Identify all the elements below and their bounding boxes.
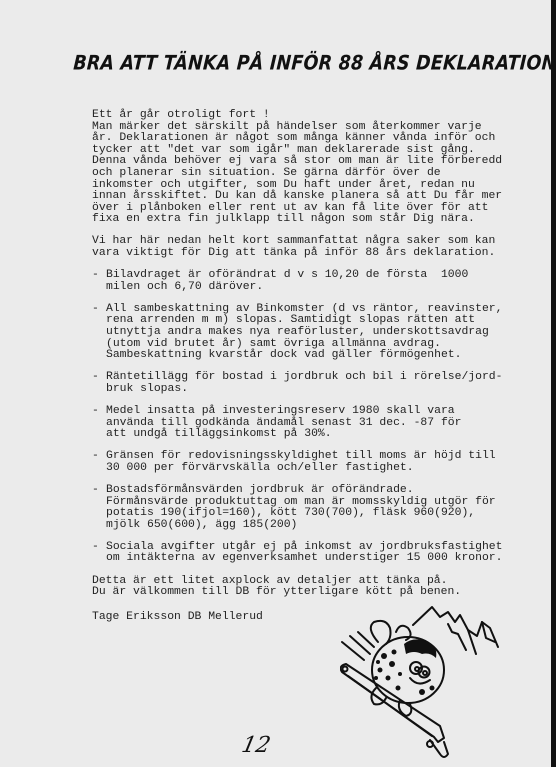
- list-item-text: Medel insatta på investeringsreserv 1980…: [106, 406, 461, 441]
- list-item: -Räntetillägg för bostad i jordbruk och …: [92, 372, 522, 395]
- summary-paragraph: Vi har här nedan helt kort sammanfattat …: [92, 236, 522, 259]
- list-item: -All sambeskattning av Binkomster (d vs …: [92, 304, 522, 362]
- text-line: innan årsskiftet. Du kan då kanske plane…: [92, 191, 522, 203]
- page-number: 12: [239, 733, 272, 758]
- signature: Tage Eriksson DB Mellerud: [92, 611, 263, 623]
- bullet-dash: -: [92, 270, 106, 293]
- bullet-dash: -: [92, 485, 106, 531]
- bullet-dash: -: [92, 304, 106, 362]
- intro-paragraph: Ett år går otroligt fort !Man märker det…: [92, 110, 522, 226]
- document-body: Ett år går otroligt fort !Man märker det…: [92, 110, 522, 599]
- text-line: vara viktigt för Dig att tänka på inför …: [92, 248, 522, 260]
- bullet-list: -Bilavdraget är oförändrat d v s 10,20 d…: [92, 270, 522, 575]
- list-item-text: Bostadsförmånsvärden jordbruk är oföränd…: [106, 485, 496, 531]
- text-line: fixa en extra fin julklapp till någon so…: [92, 214, 522, 226]
- list-item: -Medel insatta på investeringsreserv 198…: [92, 406, 522, 441]
- text-line: och planerar sin situation. Se gärna där…: [92, 168, 522, 180]
- text-line: Ett år går otroligt fort !: [92, 110, 522, 122]
- bullet-dash: -: [92, 451, 106, 474]
- list-item: -Gränsen för redovisningsskyldighet till…: [92, 451, 522, 474]
- list-item-text: Sociala avgifter utgår ej på inkomst av …: [106, 542, 502, 565]
- cartoon-skier-icon: [340, 592, 550, 762]
- list-item: -Bostadsförmånsvärden jordbruk är oförän…: [92, 485, 522, 531]
- list-item-text: Gränsen för redovisningsskyldighet till …: [106, 451, 496, 474]
- page-title: BRA ATT TÄNKA PÅ INFÖR 88 ÅRS DEKLARATIO…: [73, 52, 534, 75]
- list-item-text: All sambeskattning av Binkomster (d vs r…: [106, 304, 502, 362]
- bullet-dash: -: [92, 542, 106, 565]
- scan-edge: [551, 0, 556, 767]
- document-page: BRA ATT TÄNKA PÅ INFÖR 88 ÅRS DEKLARATIO…: [0, 0, 551, 767]
- list-item: -Sociala avgifter utgår ej på inkomst av…: [92, 542, 522, 565]
- list-item: -Bilavdraget är oförändrat d v s 10,20 d…: [92, 270, 522, 293]
- list-item-text: Bilavdraget är oförändrat d v s 10,20 de…: [106, 270, 468, 293]
- bullet-dash: -: [92, 372, 106, 395]
- list-item-text: Räntetillägg för bostad i jordbruk och b…: [106, 372, 502, 395]
- bullet-dash: -: [92, 406, 106, 441]
